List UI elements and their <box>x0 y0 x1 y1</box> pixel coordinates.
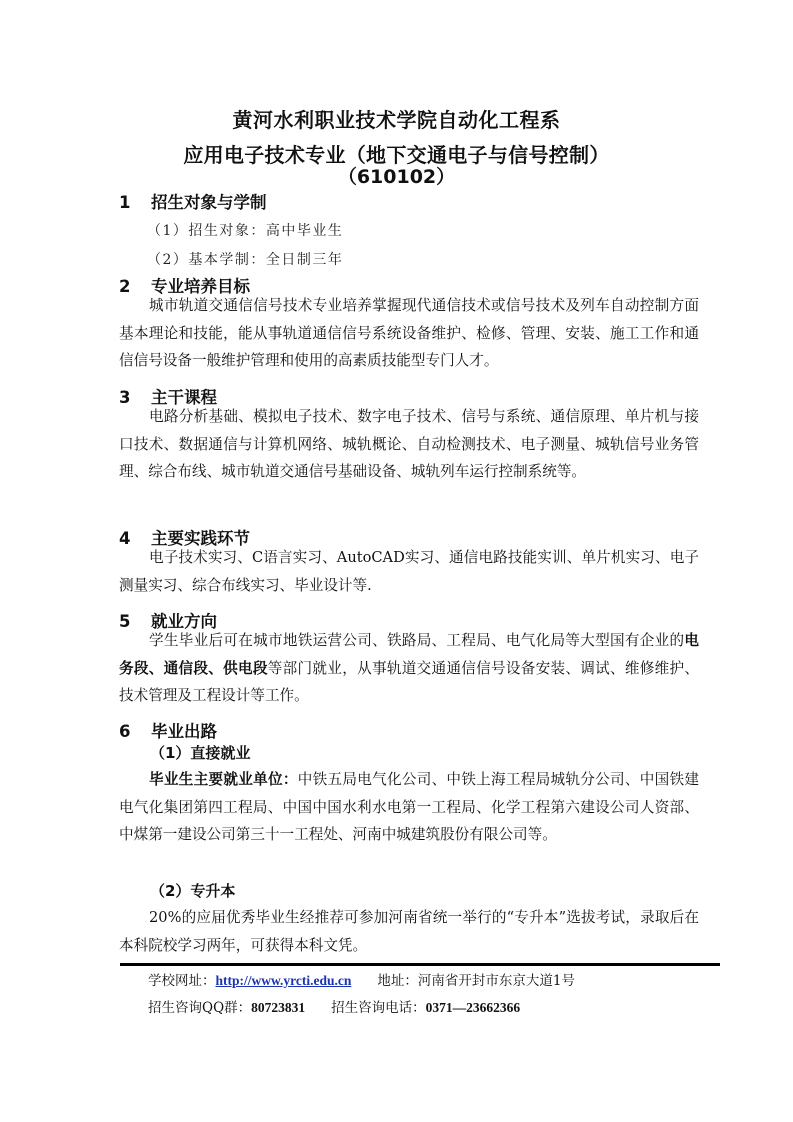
section-heading-6: 6毕业出路 <box>119 718 217 742</box>
employment-text-before: 学生毕业后可在城市地铁运营公司、铁路局、工程局、电气化局等大型国有企业的 <box>149 632 684 649</box>
footer-line-1: 学校网址：http://www.yrcti.edu.cn地址：河南省开封市东京大… <box>148 969 575 989</box>
document-title-code: （610102） <box>0 162 793 189</box>
study-duration: （2）基本学制：全日制三年 <box>147 249 343 269</box>
phone-value: 0371—23662366 <box>426 1000 521 1015</box>
section-number: 6 <box>119 722 151 741</box>
section-number: 1 <box>119 193 151 212</box>
footer-line-2: 招生咨询QQ群：80723831招生咨询电话：0371—23662366 <box>148 996 520 1016</box>
address-value: 河南省开封市东京大道1号 <box>418 973 575 989</box>
direct-employment-paragraph: 毕业生主要就业单位：中铁五局电气化公司、中铁上海工程局城轨分公司、中国铁建电气化… <box>119 766 699 849</box>
document-title-department: 黄河水利职业技术学院自动化工程系 <box>0 104 793 133</box>
website-link[interactable]: http://www.yrcti.edu.cn <box>216 973 352 988</box>
section-5-paragraph: 学生毕业后可在城市地铁运营公司、铁路局、工程局、电气化局等大型国有企业的电务段、… <box>119 627 699 710</box>
phone-label: 招生咨询电话： <box>331 1000 426 1016</box>
qq-value: 80723831 <box>251 1000 305 1015</box>
section-2-paragraph: 城市轨道交通信信号技术专业培养掌握现代通信技术或信号技术及列车自动控制方面基本理… <box>119 292 699 375</box>
section-3-paragraph: 电路分析基础、模拟电子技术、数字电子技术、信号与系统、通信原理、单片机与接口技术… <box>119 403 699 486</box>
qq-label: 招生咨询QQ群： <box>148 1000 251 1016</box>
subsection-direct-employment: （1）直接就业 <box>150 742 250 763</box>
footer-divider <box>120 963 720 966</box>
section-heading-1: 1招生对象与学制 <box>119 189 267 213</box>
document-page: 黄河水利职业技术学院自动化工程系 应用电子技术专业（地下交通电子与信号控制） （… <box>0 0 793 1122</box>
website-label: 学校网址： <box>148 973 216 989</box>
section-title: 招生对象与学制 <box>151 193 267 212</box>
enrollment-target: （1）招生对象：高中毕业生 <box>147 220 343 240</box>
subsection-upgrade: （2）专升本 <box>150 880 235 901</box>
address-label: 地址： <box>377 973 418 989</box>
section-4-paragraph: 电子技术实习、C语言实习、AutoCAD实习、通信电路技能实训、单片机实习、电子… <box>119 544 699 599</box>
upgrade-paragraph: 20%的应届优秀毕业生经推荐可参加河南省统一举行的“专升本”选拔考试，录取后在本… <box>119 904 699 959</box>
employers-label: 毕业生主要就业单位： <box>149 771 298 788</box>
section-title: 毕业出路 <box>151 722 217 741</box>
